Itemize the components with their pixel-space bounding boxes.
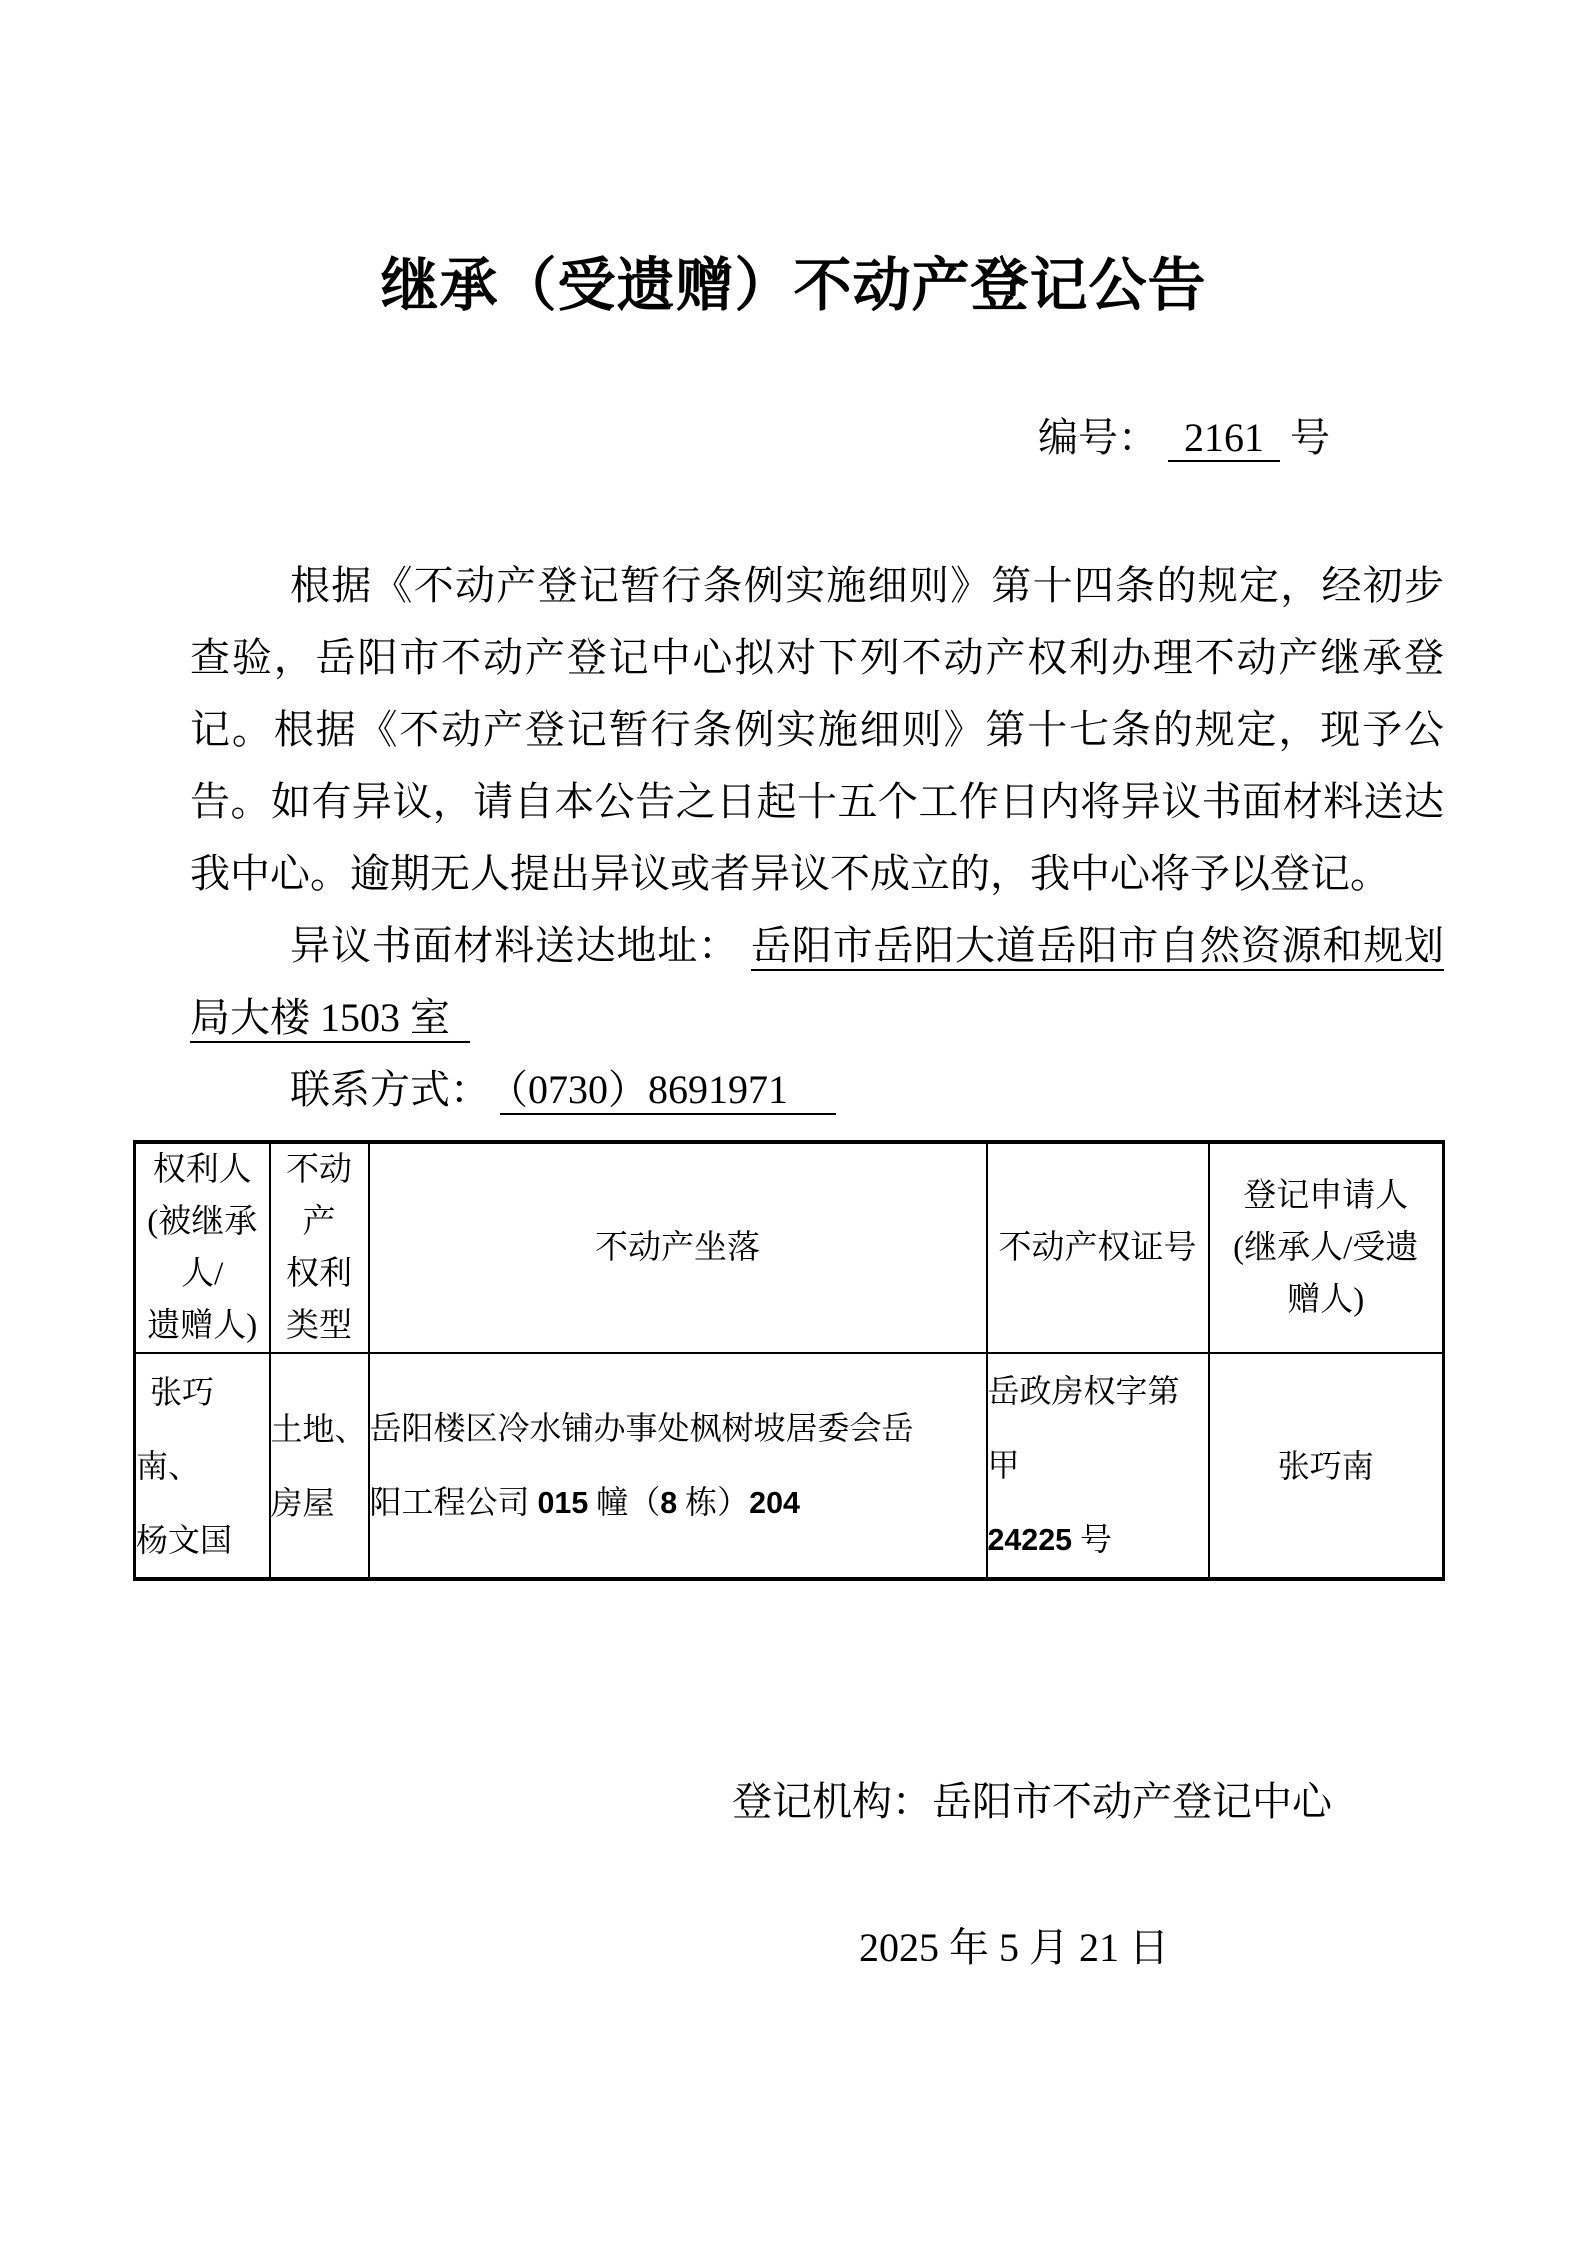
cell-applicant: 张巧南 (1209, 1353, 1444, 1579)
doc-number-label: 编号： (1038, 415, 1158, 460)
registration-table: 权利人 (被继承人/ 遗赠人) 不动产 权利 类型 不动产坐落 不动产权证号 登… (133, 1140, 1445, 1581)
doc-number-suffix: 号 (1290, 415, 1330, 460)
cell-property-type: 土地、 房屋 (270, 1353, 369, 1579)
doc-number-line: 编号： 2161 号 (133, 414, 1454, 462)
cell-property-location: 岳阳楼区冷水铺办事处枫树坡居委会岳 阳工程公司 015 幢（8 栋）204 (369, 1353, 987, 1579)
cell-right-holder: 张巧南、 杨文国 (135, 1353, 270, 1579)
header-applicant: 登记申请人 (继承人/受遗 赠人) (1209, 1142, 1444, 1353)
header-right-holder: 权利人 (被继承人/ 遗赠人) (135, 1142, 270, 1353)
notice-page: 继承（受遗赠）不动产登记公告 编号： 2161 号 根据《不动产登记暂行条例实施… (133, 250, 1454, 1984)
contact-value: （0730）8691971 (500, 1067, 836, 1115)
contact-label: 联系方式： (290, 1067, 490, 1112)
date-line: 2025 年 5 月 21 日 (133, 1912, 1454, 1984)
issuer-line: 登记机构：岳阳市不动产登记中心 (133, 1766, 1454, 1838)
header-certificate-no: 不动产权证号 (987, 1142, 1209, 1353)
header-property-location: 不动产坐落 (369, 1142, 987, 1353)
doc-number-value: 2161 (1168, 415, 1280, 462)
cell-certificate-no: 岳政房权字第甲 24225 号 (987, 1353, 1209, 1579)
objection-address-label: 异议书面材料送达地址： (290, 923, 739, 968)
table-row: 张巧南、 杨文国 土地、 房屋 岳阳楼区冷水铺办事处枫树坡居委会岳 阳工程公司 … (135, 1353, 1444, 1579)
contact-line: 联系方式：（0730）8691971 (190, 1054, 1444, 1126)
notice-body: 根据《不动产登记暂行条例实施细则》第十四条的规定，经初步查验，岳阳市不动产登记中… (190, 550, 1444, 1126)
table-header-row: 权利人 (被继承人/ 遗赠人) 不动产 权利 类型 不动产坐落 不动产权证号 登… (135, 1142, 1444, 1353)
header-property-type: 不动产 权利 类型 (270, 1142, 369, 1353)
page-title: 继承（受遗赠）不动产登记公告 (133, 250, 1454, 322)
objection-address-line: 异议书面材料送达地址：岳阳市岳阳大道岳阳市自然资源和规划局大楼 1503 室 (190, 910, 1444, 1054)
notice-paragraph: 根据《不动产登记暂行条例实施细则》第十四条的规定，经初步查验，岳阳市不动产登记中… (190, 550, 1444, 910)
